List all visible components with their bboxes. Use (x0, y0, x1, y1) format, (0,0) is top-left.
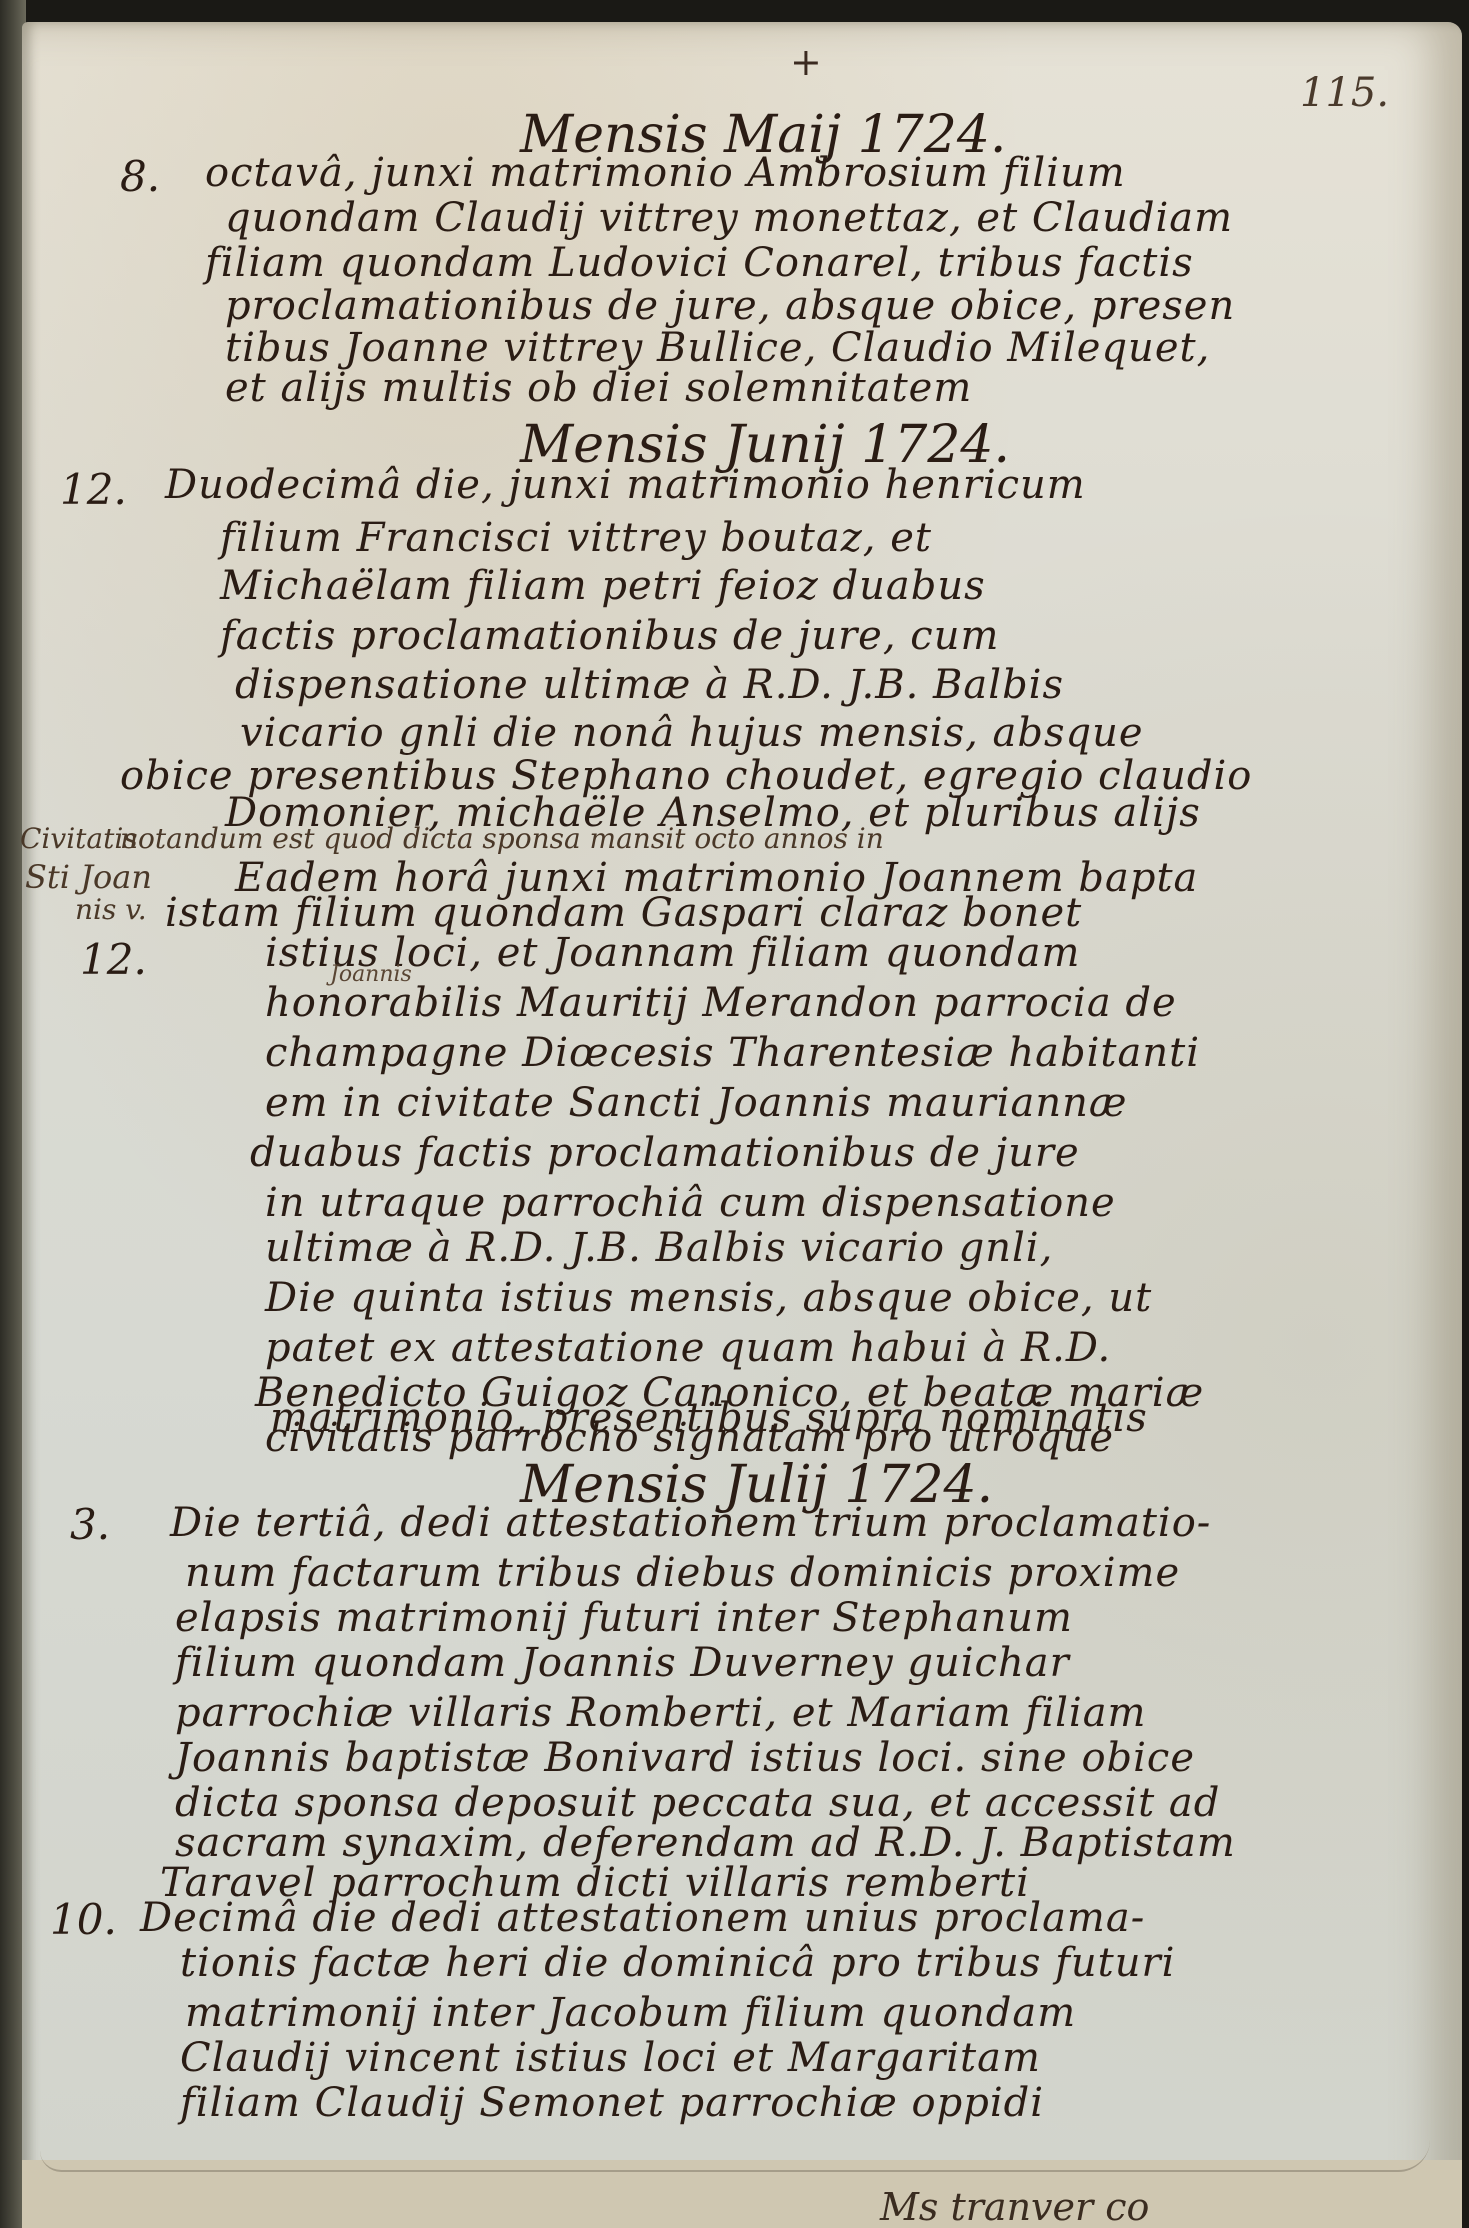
next-page-text-fragment: Ms tranver co (880, 2185, 1149, 2228)
entry-line: em in civitate Sancti Joannis mauriannæ (265, 1080, 1128, 1126)
entry-line: filiam quondam Ludovici Conarel, tribus … (205, 240, 1194, 286)
entry-line: elapsis matrimonij futuri inter Stephanu… (175, 1595, 1073, 1641)
entry-line: Joannis baptistæ Bonivard istius loci. s… (175, 1735, 1195, 1781)
interlinear-note: notandum est quod dicta sponsa mansit oc… (120, 822, 884, 855)
page-fold-edge (40, 2140, 1430, 2172)
entry-line: parrochiæ villaris Romberti, et Mariam f… (175, 1690, 1146, 1736)
entry-line: vicario gnli die nonâ hujus mensis, absq… (240, 710, 1144, 756)
cross-mark: + (790, 40, 822, 84)
entry-line: Claudij vincent istius loci et Margarita… (180, 2035, 1041, 2081)
entry-line: Duodecimâ die, junxi matrimonio henricum (165, 462, 1086, 508)
entry-line: num factarum tribus diebus dominicis pro… (185, 1550, 1180, 1596)
entry-line: patet ex attestatione quam habui à R.D. (265, 1325, 1111, 1371)
entry-day-margin: 12. (80, 935, 147, 984)
entry-line: filium quondam Joannis Duverney guichar (175, 1640, 1070, 1686)
entry-line: proclamationibus de jure, absque obice, … (225, 283, 1235, 329)
entry-line: matrimonio, presentibus supra nominatis (270, 1395, 1148, 1441)
entry-day-margin: 12. (60, 465, 127, 514)
folio-number: 115. (1300, 70, 1389, 116)
entry-line: ultimæ à R.D. J.B. Balbis vicario gnli, (265, 1225, 1053, 1271)
entry-line: honorabilis Mauritij Merandon parrocia d… (265, 980, 1177, 1026)
entry-day-margin: 3. (70, 1500, 110, 1549)
entry-line: octavâ, junxi matrimonio Ambrosium filiu… (205, 150, 1126, 196)
entry-line: tionis factæ heri die dominicâ pro tribu… (180, 1940, 1175, 1986)
entry-line: matrimonij inter Jacobum filium quondam (185, 1990, 1076, 2036)
entry-line: dispensatione ultimæ à R.D. J.B. Balbis (235, 662, 1064, 708)
entry-line: et alijs multis ob diei solemnitatem (225, 365, 972, 411)
entry-line: factis proclamationibus de jure, cum (220, 613, 999, 659)
entry-line: quondam Claudij vittrey monettaz, et Cla… (225, 195, 1233, 241)
margin-note: Sti Joan (25, 858, 152, 896)
entry-day-margin: 10. (50, 1895, 117, 1944)
entry-line: in utraque parrochiâ cum dispensatione (265, 1180, 1116, 1226)
entry-line: Decimâ die dedi attestationem unius proc… (140, 1895, 1145, 1941)
entry-line: duabus factis proclamationibus de jure (250, 1130, 1080, 1176)
entry-line: champagne Diœcesis Tharentesiæ habitanti (265, 1030, 1200, 1076)
entry-line: Michaëlam filiam petri feioz duabus (220, 563, 986, 609)
entry-day-margin: 8. (120, 152, 160, 201)
entry-line: Die quinta istius mensis, absque obice, … (265, 1275, 1152, 1321)
entry-line: Die tertiâ, dedi attestationem trium pro… (170, 1500, 1211, 1546)
entry-line: filiam Claudij Semonet parrochiæ oppidi (180, 2080, 1044, 2126)
margin-note: nis v. (75, 893, 147, 926)
entry-line: filium Francisci vittrey boutaz, et (220, 515, 932, 561)
